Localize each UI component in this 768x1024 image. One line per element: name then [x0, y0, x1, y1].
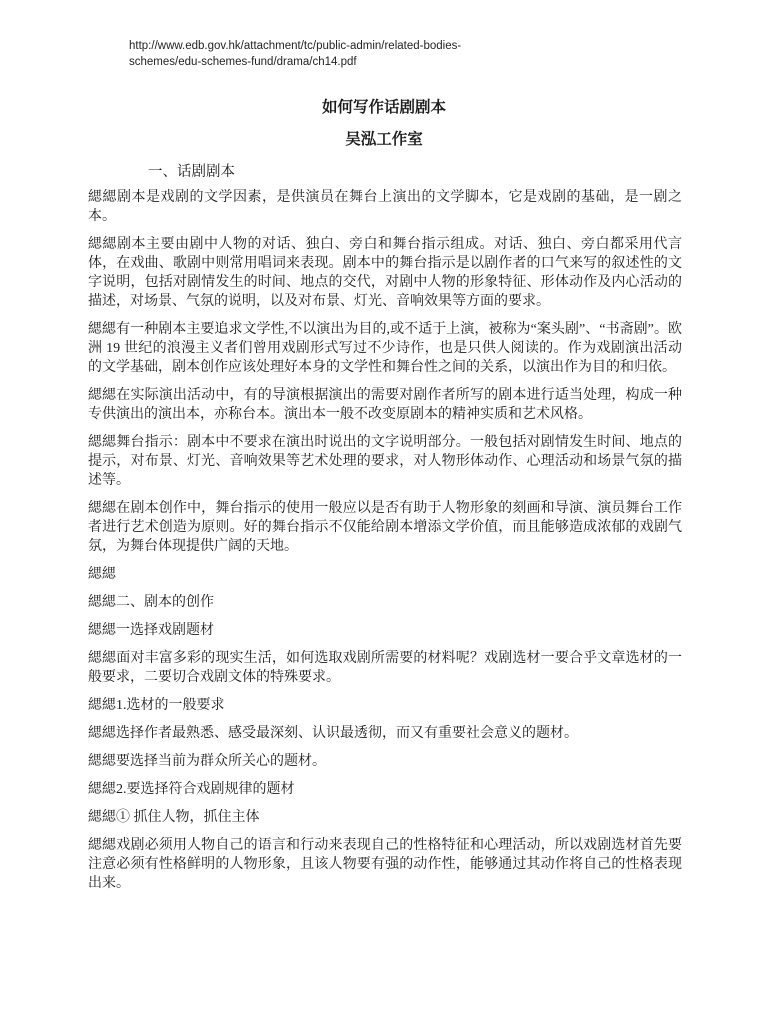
- paragraph-13: 緦緦要选择当前为群众所关心的题材。: [88, 752, 682, 771]
- paragraph-15-heading: 緦緦① 抓住人物，抓住主体: [88, 808, 682, 827]
- paragraph-2: 緦緦剧本主要由剧中人物的对话、独白、旁白和舞台指示组成。对话、独白、旁白都采用代…: [88, 235, 682, 311]
- paragraph-9-heading: 緦緦一选择戏剧题材: [88, 621, 682, 640]
- paragraph-16: 緦緦戏剧必须用人物自己的语言和行动来表现自己的性格特征和心理活动，所以戏剧选材首…: [88, 836, 682, 893]
- paragraph-12: 緦緦选择作者最熟悉、感受最深刻、认识最透彻，而又有重要社会意义的题材。: [88, 724, 682, 743]
- section-heading: 一、话剧剧本: [148, 163, 768, 182]
- source-url-line-2: schemes/edu-schemes-fund/drama/ch14.pdf: [129, 54, 599, 70]
- document-body: 緦緦剧本是戏剧的文学因素，是供演员在舞台上演出的文学脚本，它是戏剧的基础，是一剧…: [88, 188, 682, 893]
- document-page: http://www.edb.gov.hk/attachment/tc/publ…: [0, 0, 768, 1024]
- paragraph-6: 緦緦在剧本创作中，舞台指示的使用一般应以是否有助于人物形象的刻画和导演、演员舞台…: [88, 499, 682, 556]
- paragraph-4: 緦緦在实际演出活动中，有的导演根据演出的需要对剧作者所写的剧本进行适当处理，构成…: [88, 386, 682, 424]
- doc-title: 如何写作话剧剧本: [0, 98, 768, 118]
- paragraph-14-heading: 緦緦2.要选择符合戏剧规律的题材: [88, 780, 682, 799]
- paragraph-10: 緦緦面对丰富多彩的现实生活，如何选取戏剧所需要的材料呢？戏剧选材一要合乎文章选材…: [88, 649, 682, 687]
- source-url: http://www.edb.gov.hk/attachment/tc/publ…: [129, 0, 599, 70]
- source-url-line-1: http://www.edb.gov.hk/attachment/tc/publ…: [129, 38, 599, 54]
- paragraph-8-heading: 緦緦二、剧本的创作: [88, 593, 682, 612]
- paragraph-11-heading: 緦緦1.选材的一般要求: [88, 696, 682, 715]
- paragraph-1: 緦緦剧本是戏剧的文学因素，是供演员在舞台上演出的文学脚本，它是戏剧的基础，是一剧…: [88, 188, 682, 226]
- doc-author: 吴泓工作室: [0, 130, 768, 150]
- paragraph-5: 緦緦舞台指示：剧本中不要求在演出时说出的文字说明部分。一般包括对剧情发生时间、地…: [88, 433, 682, 490]
- paragraph-3: 緦緦有一种剧本主要追求文学性,不以演出为目的,或不适于上演，被称为“案头剧”、“…: [88, 320, 682, 377]
- paragraph-7-indent-only: 緦緦: [88, 565, 682, 584]
